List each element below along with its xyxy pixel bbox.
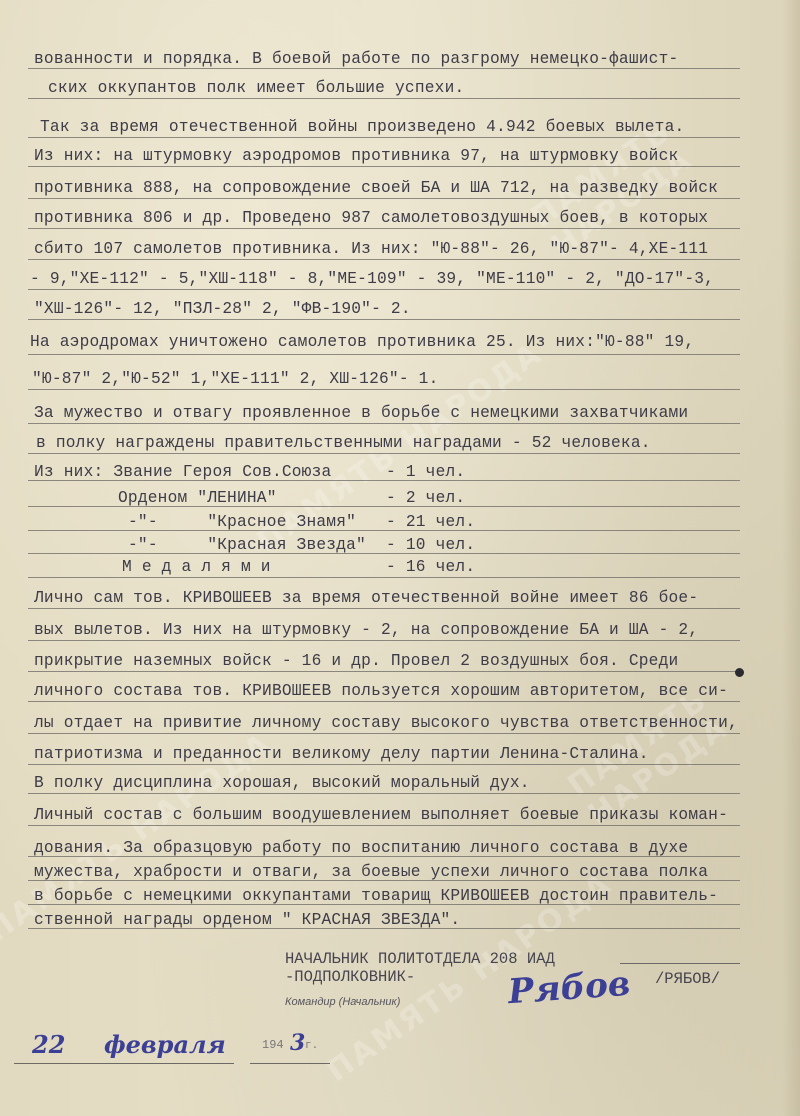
text-line: вованности и порядка. В боевой работе по… — [34, 49, 678, 69]
date-year-abbrev: г. — [305, 1040, 318, 1052]
award-label: -"- "Красное Знамя" — [128, 512, 356, 532]
text-line: "Ю-87" 2,"Ю-52" 1,"ХЕ-111" 2, ХШ-126"- 1… — [32, 369, 438, 389]
date-year-suffix: 3 — [290, 1030, 305, 1056]
award-label: М е д а л я м и — [122, 557, 271, 577]
underline-rule — [28, 793, 740, 794]
underline-rule — [28, 319, 740, 320]
text-line: Из них: на штурмовку аэродромов противни… — [34, 146, 678, 166]
text-line: мужества, храбрости и отваги, за боевые … — [34, 862, 708, 882]
underline-rule — [28, 259, 740, 260]
text-line: прикрытие наземных войск - 16 и др. Пров… — [34, 651, 678, 671]
text-line: в борьбе с немецкими оккупантами товарищ… — [34, 886, 718, 906]
text-line: личного состава тов. КРИВОШЕЕВ пользуетс… — [34, 681, 728, 701]
award-count: - 16 чел. — [386, 557, 475, 577]
date-month: февраля — [104, 1030, 226, 1059]
underline-rule — [28, 701, 740, 702]
award-label: Орденом "ЛЕНИНА" — [118, 488, 277, 508]
underline-rule — [28, 289, 740, 290]
signature-caption: Командир (Начальник) — [285, 996, 400, 1008]
date-rule — [250, 1063, 330, 1064]
text-line: Личный состав с большим воодушевлением в… — [34, 805, 728, 825]
underline-rule — [28, 166, 740, 167]
date-rule — [14, 1063, 234, 1064]
signature-rule — [620, 963, 740, 964]
underline-rule — [28, 228, 740, 229]
text-line: На аэродромах уничтожено самолетов проти… — [30, 332, 694, 352]
underline-rule — [28, 137, 740, 138]
text-line: За мужество и отвагу проявленное в борьб… — [34, 403, 688, 423]
underline-rule — [28, 640, 740, 641]
handwritten-signature: Рябов — [507, 964, 632, 1012]
text-line: дования. За образцовую работу по воспита… — [34, 838, 688, 858]
text-line: Лично сам тов. КРИВОШЕЕВ за время отечес… — [34, 588, 698, 608]
signer-name: /РЯБОВ/ — [655, 970, 720, 988]
underline-rule — [28, 354, 740, 355]
text-line: патриотизма и преданности великому делу … — [34, 744, 649, 764]
signer-position: НАЧАЛЬНИК ПОЛИТОТДЕЛА 208 ИАД — [285, 950, 555, 968]
underline-rule — [28, 825, 740, 826]
ink-blot — [735, 668, 744, 677]
signer-rank: -ПОДПОЛКОВНИК- — [285, 968, 415, 986]
underline-rule — [28, 98, 740, 99]
underline-rule — [28, 423, 740, 424]
text-line: - 9,"ХЕ-112" - 5,"ХШ-118" - 8,"МЕ-109" -… — [30, 269, 714, 289]
text-line: противника 806 и др. Проведено 987 самол… — [34, 208, 708, 228]
award-count: - 2 чел. — [386, 488, 465, 508]
award-count: - 10 чел. — [386, 535, 475, 555]
underline-rule — [28, 608, 740, 609]
text-line: ственной награды орденом " КРАСНАЯ ЗВЕЗД… — [34, 910, 460, 930]
text-line: в полку награждены правительственными на… — [36, 433, 651, 453]
text-line: "ХШ-126"- 12, "ПЗЛ-28" 2, "ФВ-190"- 2. — [34, 299, 411, 319]
text-line: ских оккупантов полк имеет большие успех… — [48, 78, 464, 98]
underline-rule — [28, 389, 740, 390]
award-label: -"- "Красная Звезда" — [128, 535, 366, 555]
award-count: - 1 чел. — [386, 462, 465, 482]
text-line: противника 888, на сопровождение своей Б… — [34, 178, 718, 198]
award-label: Из них: Звание Героя Сов.Союза — [34, 462, 331, 482]
underline-rule — [28, 764, 740, 765]
text-line: вых вылетов. Из них на штурмовку - 2, на… — [34, 620, 698, 640]
award-count: - 21 чел. — [386, 512, 475, 532]
date-year-prefix: 194 — [262, 1038, 284, 1052]
underline-rule — [28, 577, 740, 578]
underline-rule — [28, 733, 740, 734]
text-line: Так за время отечественной войны произве… — [40, 117, 684, 137]
underline-rule — [28, 453, 740, 454]
date-day: 22 — [32, 1030, 65, 1059]
underline-rule — [28, 198, 740, 199]
page-edge-shadow — [782, 0, 800, 1116]
text-line: В полку дисциплина хорошая, высокий мора… — [34, 773, 530, 793]
text-line: лы отдает на привитие личному составу вы… — [34, 713, 738, 733]
text-line: сбито 107 самолетов противника. Из них: … — [34, 239, 708, 259]
underline-rule — [28, 671, 740, 672]
